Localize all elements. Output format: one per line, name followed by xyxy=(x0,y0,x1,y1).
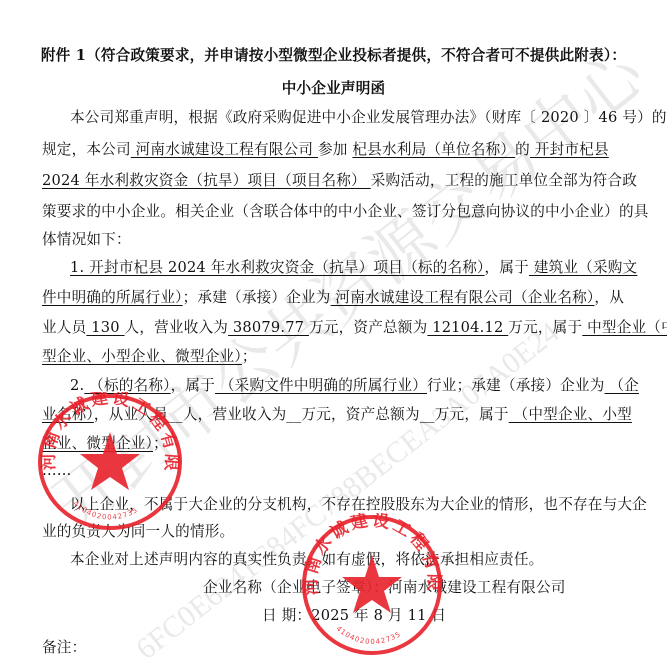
intro-line-5: 体情况如下： xyxy=(42,230,131,250)
item2-line-2: 业名称），从业人员__人，营业收入为__万元，资产总额为__万元，属于 （中型企… xyxy=(42,405,632,425)
item1-subject-name: 1. 开封市杞县 2024 年水利救灾资金（抗旱）项目（标的名称） xyxy=(70,259,485,276)
purchaser-unit: 杞县水利局（单位名称） xyxy=(352,141,515,158)
item1-company: 河南水诚建设工程有限公司（企业名称） xyxy=(331,289,595,306)
item1-line-3: 业人员 130 人，营业收入为 38079.77 万元，资产总额为 12104.… xyxy=(42,318,667,338)
item2-line-1: 2. （标的名称），属于 （采购文件中明确的所属行业）行业；承建（承接）企业为 … xyxy=(70,376,639,396)
intro-line-3: 2024 年水利救灾资金（抗旱）项目（项目名称） 采购活动，工程的施工单位全部为… xyxy=(42,171,637,191)
signature-date-value: 2025 年 8 月 11 日 xyxy=(311,607,446,624)
item2-company-b: 业名称） xyxy=(42,406,94,423)
attachment-heading: 附件 1（符合政策要求，并申请按小型微型企业投标者提供，不符合者可不提供此附表）… xyxy=(0,46,667,66)
item1-type-b: 型企业、小型企业、微型企业） xyxy=(42,348,242,365)
intro-line-2: 规定，本公司 河南水诚建设工程有限公司 参加 杞县水利局（单位名称）的 开封市杞… xyxy=(42,140,609,160)
signature-date: 日 期：2025 年 8 月 11 日 xyxy=(262,606,446,626)
statement-line-3: 本企业对上述声明内容的真实性负责。如有虚假，将依法承担相应责任。 xyxy=(70,550,543,570)
svg-text:4104020042735: 4104020042735 xyxy=(335,625,403,646)
bidder-company: 河南水诚建设工程有限公司 xyxy=(131,141,318,158)
watermark-org: 开封市公共资源交易中心 xyxy=(30,23,661,545)
item1-staff: 130 xyxy=(86,319,124,336)
item1-type-a: 中型企业（中 xyxy=(582,319,667,336)
intro-line-1: 本公司郑重声明，根据《政府采购促进中小企业发展管理办法》（财库〔 2020 〕4… xyxy=(70,108,667,128)
remarks-label: 备注： xyxy=(42,638,86,658)
statement-line-2: 业的负责人为同一人的情形。 xyxy=(42,522,234,542)
page-title: 中小企业声明函 xyxy=(0,79,667,99)
intro-line-4: 策要求的中小企业。相关企业（含联合体中的中小企业、签订分包意向协议的中小企业）的… xyxy=(42,202,649,222)
item2-line-3: 企业、微型企业）； xyxy=(42,434,168,454)
item2-company-a: （企 xyxy=(605,377,639,394)
declaration-page: 开封市公共资源交易中心 6FC0E6241C84FC788BECEA3A07A0… xyxy=(0,0,667,661)
item2-type-b: 企业、微型企业） xyxy=(42,435,153,452)
project-name-b: 2024 年水利救灾资金（抗旱）项目（项目名称） xyxy=(42,172,371,189)
item1-line-1: 1. 开封市杞县 2024 年水利救灾资金（抗旱）项目（标的名称），属于 建筑业… xyxy=(70,258,637,278)
item1-assets: 12104.12 xyxy=(427,319,508,336)
item1-line-4: 型企业、小型企业、微型企业）； xyxy=(42,347,257,367)
item1-industry-b: 件中明确的所属行业） xyxy=(42,289,183,306)
project-name-a: 开封市杞县 xyxy=(530,141,609,158)
item1-industry-a: 建筑业（采购文 xyxy=(529,259,637,276)
signature-company-value: 河南水诚建设工程有限公司 xyxy=(388,579,566,596)
item2-type-a: （中型企业、小型 xyxy=(509,406,632,423)
item2-industry: （采购文件中明确的所属行业） xyxy=(215,377,427,394)
statement-line-1: 以上企业，不属于大企业的分支机构，不存在控股股东为大企业的情形，也不存在与大企 xyxy=(70,495,647,515)
signature-company: 企业名称（企业电子签章）：河南水诚建设工程有限公司 xyxy=(203,578,566,598)
item1-revenue: 38079.77 xyxy=(228,319,309,336)
item-ellipsis: …… xyxy=(42,461,72,481)
item2-subject-name: （标的名称） xyxy=(84,377,170,394)
item1-line-2: 件中明确的所属行业）；承建（承接）企业为 河南水诚建设工程有限公司（企业名称），… xyxy=(42,288,624,308)
